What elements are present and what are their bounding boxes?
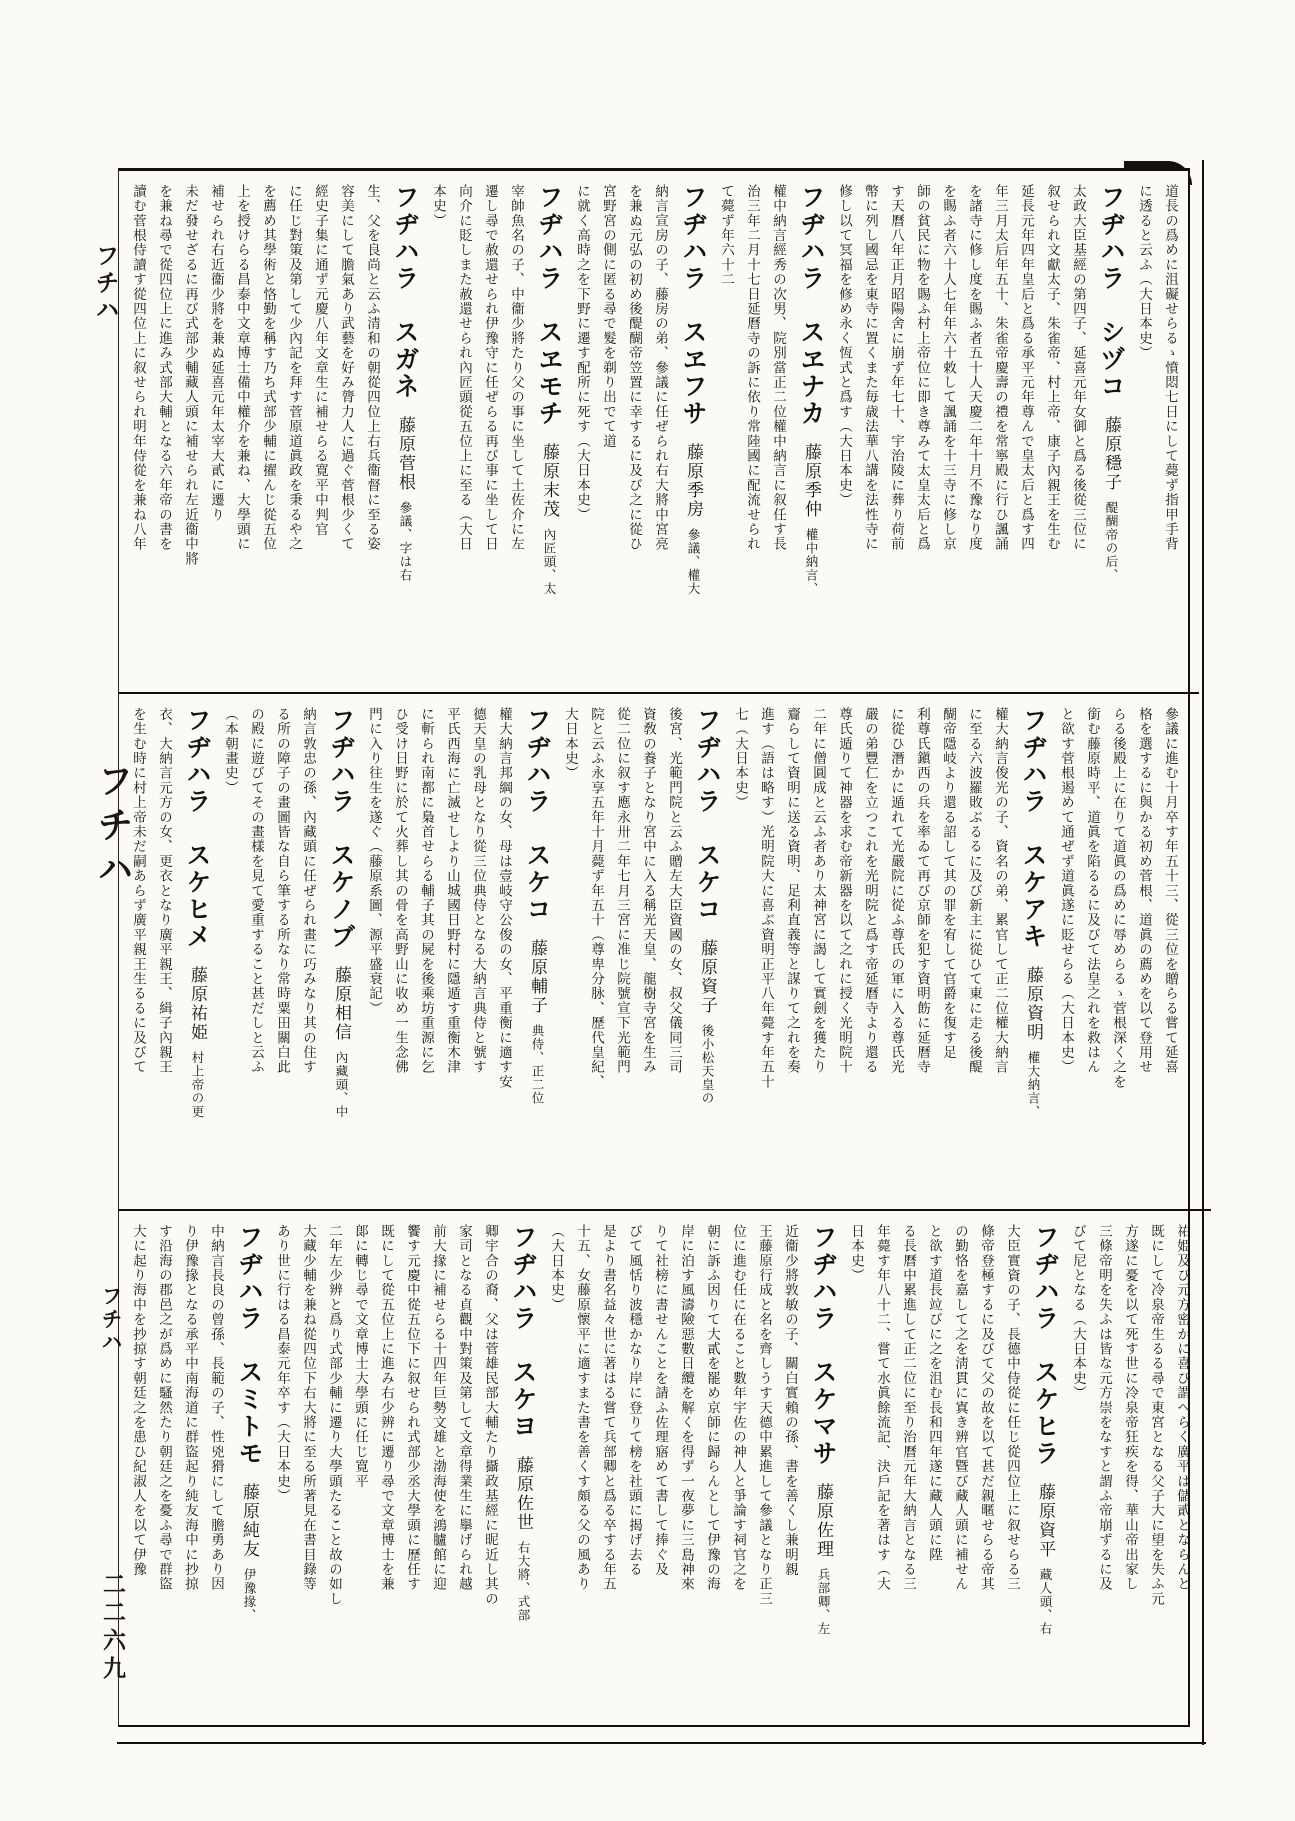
text-column: 日本史） (843, 1224, 869, 1720)
entry-name: 藤原資子 (697, 923, 717, 1015)
entry-lead: 醍醐帝の后、 (1104, 492, 1119, 582)
text-column: 位に進む任に在ること數年宇佐の神人と爭論す祠官之を (725, 1224, 751, 1720)
text-column: 師の貧民に物を賜ふ村上帝位に即き尊みて太皇太后と爲 (909, 184, 935, 684)
entry-heading: フヂハラ スケノブ藤原相信內藏頭、中 (321, 707, 361, 1201)
text-column: 資敎の養子となり宮中に入る稱光天皇、龍樹寺宮を生み (635, 707, 661, 1201)
text-column: 權大納言俊光の子、資名の弟、累官して正二位權大納言 (987, 707, 1013, 1201)
text-column: を諸寺に修し度を賜ふ者五十人天慶二年十月不豫なり度 (961, 184, 987, 684)
entry-lead: 典侍、正二位 (530, 1015, 545, 1105)
text-column: 郞に轉じ尋で文章博士大學頭に任じ寛平 (347, 1224, 373, 1720)
text-column: 卿宇合の裔、父は菅雄民部大輔たり攝政基經に昵近し其の (477, 1224, 503, 1720)
entry-kana: フヂハラ スヱモチ (535, 184, 564, 427)
text-column: る所の障子の畫圖皆な自ら筆する所なり常時粟田關白此 (269, 707, 295, 1201)
entry-kana: フヂハラ スケマサ (809, 1224, 838, 1467)
text-column: 容美にして膽氣あり武藝を好み膂力人に過ぐ菅根少くて (333, 184, 359, 684)
text-column: 延長元年四年皇后と爲る承平元年尊んで皇太后と爲す四 (1013, 184, 1039, 684)
text-column: 大臣實資の子、長德中侍從に任じ從四位上に叙せらる三 (999, 1224, 1025, 1720)
text-column: 饗す元慶中從五位下に叙せられ式部少丞大學頭に歷任す (399, 1224, 425, 1720)
entry-heading: フヂハラ スガネ藤原菅根參議、字は右 (385, 184, 425, 684)
entry-kana: フヂハラ スケコ (693, 707, 722, 923)
entry-heading: フヂハラ スケアキ藤原資明權大納言、 (1013, 707, 1053, 1201)
text-column: 祐姫及び元方密かに喜び謂へらく廣平は儲貳とならんと (1169, 1224, 1195, 1720)
text-column: 權中納言經秀の次男、院別當正二位權中納言に叙任す長 (765, 184, 791, 684)
margin-label: フチハ (88, 243, 123, 324)
text-column: 衣、大納言元方の女、更衣となり廣平親王、緝子內親王 (151, 707, 177, 1201)
entry-kana: フヂハラ スヱフサ (679, 184, 708, 427)
entry-lead: 內匠頭、太 (542, 519, 557, 596)
text-column: に至る六波羅敗ぶるるに及び新主に從ひて東に走る後醍 (961, 707, 987, 1201)
text-column: 德天皇の乳母となり從三位典侍となる大納言典侍と號す (465, 707, 491, 1201)
text-column: に從ひ潛かに遁れて光嚴院に從ふ尊氏の軍に入る尊氏光 (883, 707, 909, 1201)
text-column: 本史） (425, 184, 451, 684)
entry-kana: フヂハラ スケアキ (1019, 707, 1048, 950)
entry-lead: 右大將、式部 (516, 1532, 531, 1622)
text-column: 門に入り往生を遂ぐ（藤原系圖、源平盛衰記） (361, 707, 387, 1201)
text-column: 未だ發せざるに再び式部少輔藏人頭に補せられ左近衞中將 (177, 184, 203, 684)
text-column: を賜ふ者六十人七年年六十敕して諷誦を十三寺に修し京 (935, 184, 961, 684)
entry-lead: 藏人頭、右 (1038, 1559, 1053, 1636)
entry-name: 藤原祐姫 (187, 950, 207, 1042)
text-column: 是より書名益々世に著はる嘗て兵部卿と爲る卒する年五 (595, 1224, 621, 1720)
text-column: 納言敦忠の孫、內藏頭に任ぜられ畫に巧みなり其の住す (295, 707, 321, 1201)
text-column: 醐帝隱岐より還る詔して其の罪を宥して官爵を復す足 (935, 707, 961, 1201)
text-column: 從二位に叙す應永卅二年七月三宮に准じ院號宣下光範門 (609, 707, 635, 1201)
entry-lead: 參議、權大 (686, 519, 701, 596)
text-column: 齎らして資明に送る資明、足利直義等と謀りて之れを奏 (779, 707, 805, 1201)
text-column: を兼ね尋で從四位上に進み式部大輔となる六年帝の書を (151, 184, 177, 684)
entry-kana: フヂハラ スガネ (391, 184, 420, 400)
text-column: 補せられ右近衞少將を兼ぬ延喜元年太宰大貳に遷り (203, 184, 229, 684)
entry-name: 藤原資明 (1023, 950, 1043, 1042)
text-column: す天曆八年正月昭陽舍に崩ず年七十、宇治陵に葬り荷前 (883, 184, 909, 684)
text-column: 七（大日本史） (727, 707, 753, 1201)
text-column: に任じ對策及第して少內記を拜す菅原道眞政を秉るや之 (281, 184, 307, 684)
entry-lead: 後小松天皇の (700, 1015, 715, 1105)
text-column: 格を選するに與かる初め菅根、道眞の薦めを以て登用せ (1131, 707, 1157, 1201)
margin-label: フチハ (96, 1285, 126, 1354)
entry-lead: 兵部卿、左 (816, 1559, 831, 1636)
page-number: 二二六九 (96, 1572, 129, 1684)
text-band: 參議に進む十月卒す年五十三、從三位を贈らる嘗て延喜格を選するに與かる初め菅根、道… (119, 692, 1199, 1209)
entry-kana: フヂハラ スケコ (523, 707, 552, 923)
text-column: 叙せられ文獻太子、朱雀帝、村上帝、康子內親王を生む (1039, 184, 1065, 684)
entry-kana: フヂハラ スケヒメ (183, 707, 212, 950)
text-column: びて風恬り波穩かなり岸に登りて榜を社頭に揭げ去る (621, 1224, 647, 1720)
entry-kana: フヂハラ スミトモ (235, 1224, 264, 1467)
text-column: （本朝畫史） (217, 707, 243, 1201)
text-column: 岸に泊す風濤險惡數日纜を解くを得ず一夜夢に三島神來 (673, 1224, 699, 1720)
entry-heading: フヂハラ シヅコ藤原穩子醍醐帝の后、 (1091, 184, 1131, 684)
text-column: 近衞少將敦敏の子、關白實賴の孫、書を善くし兼明親 (777, 1224, 803, 1720)
entry-kana: フヂハラ スケヒラ (1031, 1224, 1060, 1467)
text-column: の勤恪を嘉して之を淸貫に寘き辨官曁び藏人頭に補せん (947, 1224, 973, 1720)
text-column: 二年左少辨と爲り式部少輔に遷り大學頭たること故の如し (321, 1224, 347, 1720)
entry-lead: 權中納言、 (804, 519, 819, 596)
text-column: 生、父を良尚と云ふ清和の朝從四位上右兵衞督に至る姿 (359, 184, 385, 684)
text-column: ひ受け日野に於て火葬し其の骨を高野山に收め一生念佛 (387, 707, 413, 1201)
text-column: 三條帝明を失ふは皆な元方崇をなすと謂ふ帝崩ずるに及 (1091, 1224, 1117, 1720)
text-column: 宰帥魚名の子、中衞少將たり父の事に坐して土佐介に左 (503, 184, 529, 684)
text-column: 尊氏遁りて神器を求む帝新器を以て之れに授く光明院十 (831, 707, 857, 1201)
entry-name: 藤原末茂 (539, 427, 559, 519)
entry-name: 藤原穩子 (1101, 400, 1121, 492)
text-band: 道長の爲めに沮礙せらるゝ憤悶七日にして薨ず指甲手背に透ると云ふ（大日本史）フヂハ… (119, 171, 1199, 692)
text-column: 向介に貶しまた赦還せられ內匠頭從五位上に至る（大日 (451, 184, 477, 684)
text-column: て薨ず年六十二 (713, 184, 739, 684)
text-column: の殿に遊びてその畫樣を見て愛重すること甚だしと云ふ (243, 707, 269, 1201)
text-column: 宮野宮の側に匿る尋で髮を剃り出でて道 (595, 184, 621, 684)
entry-heading: フヂハラ スヱモチ藤原末茂內匠頭、太 (529, 184, 569, 684)
entry-kana: フヂハラ シヅコ (1097, 184, 1126, 400)
text-column: 嚴の弟豐仁を立つこれを光明院と爲す帝延曆寺より還る (857, 707, 883, 1201)
entry-heading: フヂハラ スケコ藤原輔子典侍、正二位 (517, 707, 557, 1201)
text-column: 大藏少輔を兼ね從四位下右大將に至る所著見在書目錄等 (295, 1224, 321, 1720)
text-column: に透ると云ふ（大日本史） (1131, 184, 1157, 684)
text-column: 既にして冷泉帝生るる尋で東宮となる父子大に望を失ふ元 (1143, 1224, 1169, 1720)
entry-name: 藤原輔子 (527, 923, 547, 1015)
text-column: 遷し尋で赦還せられ伊豫守に任ぜらる再び事に坐して日 (477, 184, 503, 684)
entry-lead: 內藏頭、中 (334, 1042, 349, 1119)
text-column: に斬られ南都に梟首せらる輔子其の屍を後乘坊重源に乞 (413, 707, 439, 1201)
text-column: 治三年二月十七日延曆寺の訴に依り常陸國に配流せられ (739, 184, 765, 684)
text-column: 進す（語は略す）光明院大に喜ぶ資明正平八年薨す年五十 (753, 707, 779, 1201)
text-column: 條帝登極するに及びて父の故を以て甚だ親暱せらる帝其 (973, 1224, 999, 1720)
text-column: 大日本史） (557, 707, 583, 1201)
text-column: 年三月太后年五十、朱雀帝慶壽の禮を常寧殿に行ひ諷誦 (987, 184, 1013, 684)
text-column: 中納言長良の曾孫、長範の子、性兇猾にして膽勇あり因 (203, 1224, 229, 1720)
text-column: 年薨す年八十二、嘗て水眞餘流記、決戶記を著はす（大 (869, 1224, 895, 1720)
text-column: 家司となる貞觀中對策及第して文章得業生に擧げられ越 (451, 1224, 477, 1720)
text-column: 道長の爲めに沮礙せらるゝ憤悶七日にして薨ず指甲手背 (1157, 184, 1183, 684)
text-column: 後宮、光範門院と云ふ贈左大臣資國の女、叔父儀同三司 (661, 707, 687, 1201)
text-column: を兼ぬ元弘の初め後醍醐帝笠置に幸するに及び之に從ひ (621, 184, 647, 684)
text-column: 二年に僧圓成と云ふ者あり太神宮に謁して實劍を獲たり (805, 707, 831, 1201)
entry-heading: フヂハラ スケヒラ藤原資平藏人頭、右 (1025, 1224, 1065, 1720)
entry-heading: フヂハラ スミトモ藤原純友伊豫掾、 (229, 1224, 269, 1720)
text-column: 既にして從五位上に進み右少辨に遷り尋で文章博士を兼 (373, 1224, 399, 1720)
entry-name: 藤原相信 (331, 950, 351, 1042)
margin-label: フチハ (88, 762, 139, 894)
entry-kana: フヂハラ スヱナカ (797, 184, 826, 427)
text-column: （大日本史） (543, 1224, 569, 1720)
entry-kana: フヂハラ スケノブ (327, 707, 356, 950)
entry-name: 藤原資平 (1035, 1467, 1055, 1559)
text-column: 方遂に憂を以て死す世に冷泉帝狂疾を得、華山帝出家し (1117, 1224, 1143, 1720)
entry-lead: 伊豫掾、 (242, 1559, 257, 1622)
entry-lead: 村上帝の更 (190, 1042, 205, 1119)
text-column: と欲す道長竝びに之を沮む長和四年遂に藏人頭に陞 (921, 1224, 947, 1720)
entry-name: 藤原佐世 (513, 1440, 533, 1532)
entry-heading: フヂハラ スケヒメ藤原祐姫村上帝の更 (177, 707, 217, 1201)
entry-lead: 權大納言、 (1026, 1042, 1041, 1119)
text-column: 利尊氏鎭西の兵を率ゐて再び京師を犯す資明飭に延曆寺 (909, 707, 935, 1201)
text-column: 銜む藤原時平、道眞を陷るるに及びて法皇之れを救はん (1079, 707, 1105, 1201)
text-column: 院と云ふ永享五年十月薨ず年五十（尊卑分脉、歷代皇紀、 (583, 707, 609, 1201)
text-column: あり世に行はる昌泰元年卒す（大日本史） (269, 1224, 295, 1720)
text-column: 經史子集に通ず元慶八年文章生に補せらる寛平中判官 (307, 184, 333, 684)
text-column: 納言宣房の子、藤房の弟、參議に任ぜられ右大將中宮亮 (647, 184, 673, 684)
entry-heading: フヂハラ スヱナカ藤原季仲權中納言、 (791, 184, 831, 684)
text-column: 幣に列し國忌を東寺に置くまた毎歳法華八講を法性寺に (857, 184, 883, 684)
text-column: 上を授けらる昌泰中文章博士備中權介を兼ね、大學頭に (229, 184, 255, 684)
entry-name: 藤原菅根 (395, 400, 415, 492)
text-column: 朝に訴ふ因りて大貳を罷め京師に歸らんとして伊豫の海 (699, 1224, 725, 1720)
text-column: びて尼となる（大日本史） (1065, 1224, 1091, 1720)
text-column: り伊豫掾となる承平中南海道に群盜起り純友海中に抄掠 (177, 1224, 203, 1720)
text-column: らる後殿上に在りて道眞の爲めに辱めらるゝ菅根深く之を (1105, 707, 1131, 1201)
entry-lead: 參議、字は右 (398, 492, 413, 582)
text-column: 讀む菅根侍讀す從四位上に叙せられ明年侍從を兼ね八年 (125, 184, 151, 684)
text-column: 參議に進む十月卒す年五十三、從三位を贈らる嘗て延喜 (1157, 707, 1183, 1201)
entry-name: 藤原純友 (239, 1467, 259, 1559)
text-column: す沿海の郡邑之が爲めに騷然たり朝廷之を憂ふ尋で群盜 (151, 1224, 177, 1720)
entry-name: 藤原季仲 (801, 427, 821, 519)
entry-heading: フヂハラ スケヨ藤原佐世右大將、式部 (503, 1224, 543, 1720)
text-column: 權大納言邦綱の女、母は壹岐守公俊の女、平重衡に適す安 (491, 707, 517, 1201)
entry-heading: フヂハラ スケコ藤原資子後小松天皇の (687, 707, 727, 1201)
text-column: 王藤原行成と名を齊しうす天德中累進して參議となり正三 (751, 1224, 777, 1720)
entry-heading: フヂハラ スケマサ藤原佐理兵部卿、左 (803, 1224, 843, 1720)
text-column: りて社榜に書せんことを請ふ佐理寤めて書して捧ぐ及 (647, 1224, 673, 1720)
entry-heading: フヂハラ スヱフサ藤原季房參議、權大 (673, 184, 713, 684)
text-column: 前大掾に補せらる十四年巨勢文雄と渤海使を鴻臚館に迎 (425, 1224, 451, 1720)
entry-kana: フヂハラ スケヨ (509, 1224, 538, 1440)
text-column: 修し以て冥福を修め永く恆式と爲す（大日本史） (831, 184, 857, 684)
entry-name: 藤原季房 (683, 427, 703, 519)
text-column: と欲す菅根遏めて通ぜず道眞遂に貶せらる（大日本史） (1053, 707, 1079, 1201)
outer-border-line-bottom (117, 1742, 1206, 1744)
text-column: を薦め其學術と恪勤を稱す乃ち式部少輔に擢んじ從五位 (255, 184, 281, 684)
text-band: 祐姫及び元方密かに喜び謂へらく廣平は儲貳とならんと既にして冷泉帝生るる尋で東宮と… (119, 1209, 1211, 1728)
text-column: 十五、女藤原懷平に適すまた書を善くす頗る父の風あり (569, 1224, 595, 1720)
entry-name: 藤原佐理 (813, 1467, 833, 1559)
text-column: る長曆中累進して正二位に至り治曆元年大納言となる三 (895, 1224, 921, 1720)
text-column: 太政大臣基經の第四子、延喜元年女御と爲る後從三位に (1065, 184, 1091, 684)
text-column: 平氏西海に亡滅せしより山城國日野村に隱遁す重衡木津 (439, 707, 465, 1201)
text-column: に就く高時之を下野に遷す配所に死す（大日本史） (569, 184, 595, 684)
page-frame: 道長の爲めに沮礙せらるゝ憤悶七日にして薨ず指甲手背に透ると云ふ（大日本史）フヂハ… (118, 168, 1190, 1727)
